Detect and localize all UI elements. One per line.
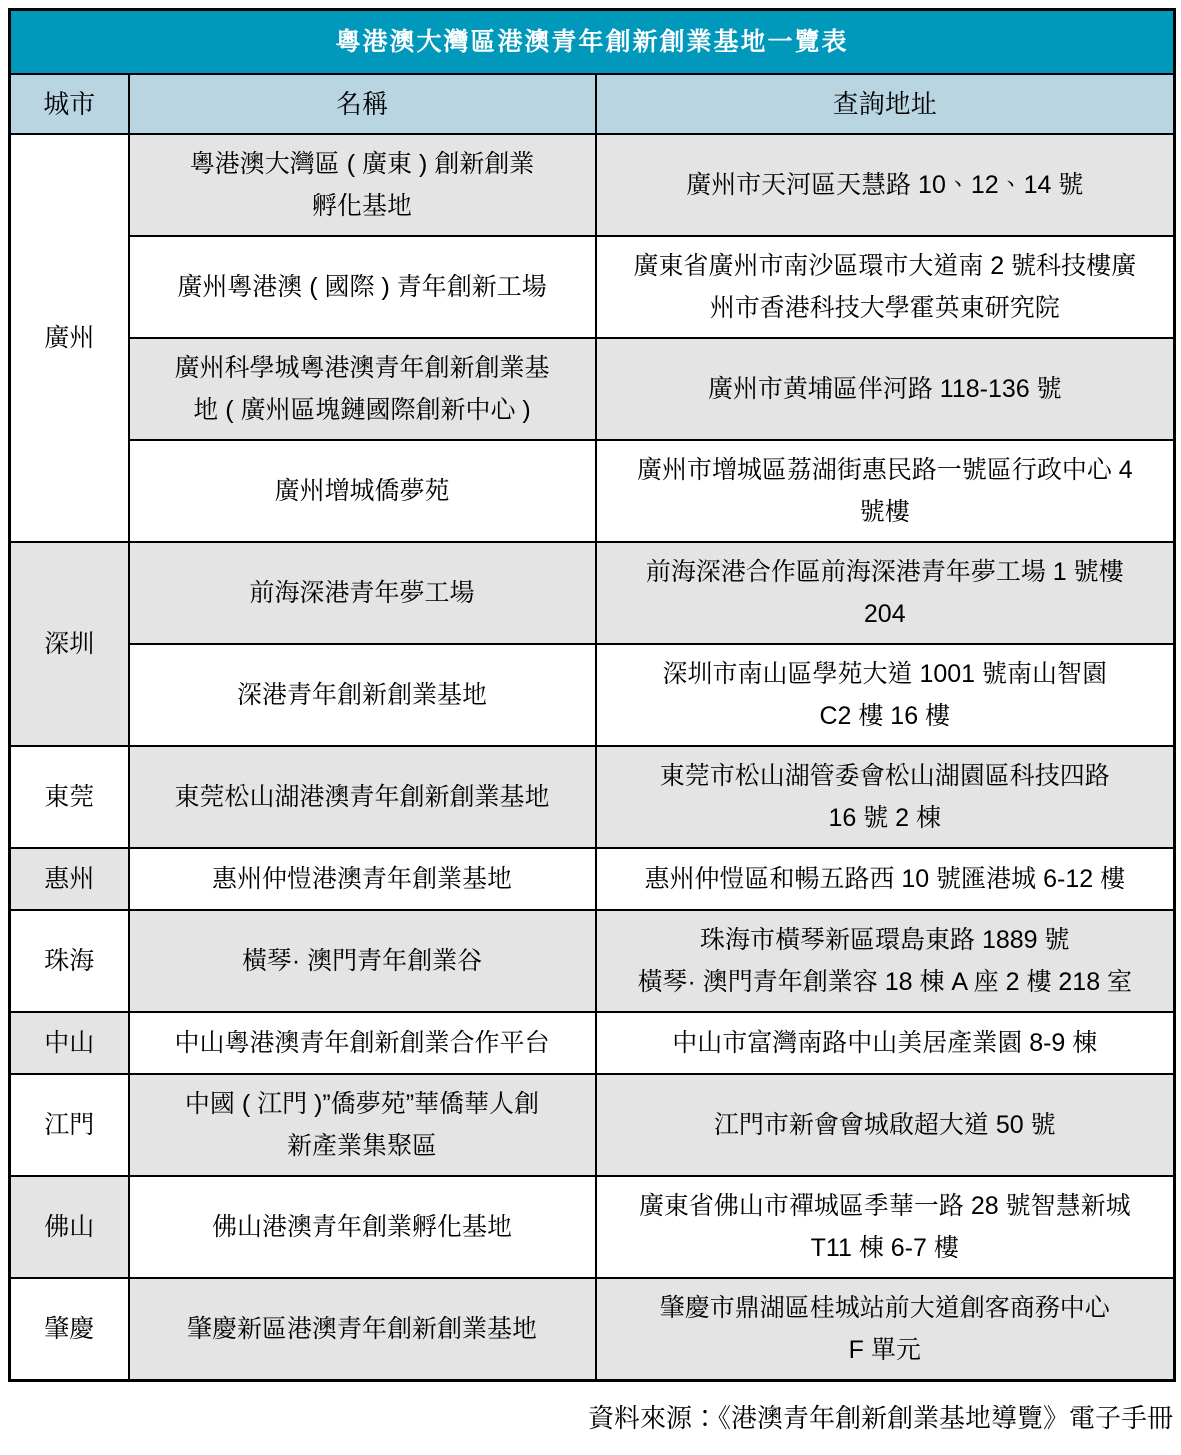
bases-table: 粵港澳大灣區港澳青年創新創業基地一覽表 城市 名稱 查詢地址 廣州 粵港澳大灣區… [8,8,1176,1382]
table-row: 江門 中國 ( 江門 )”僑夢苑”華僑華人創 新產業集聚區 江門市新會會城啟超大… [10,1074,1175,1176]
base-address-cell: 前海深港合作區前海深港青年夢工場 1 號樓 204 [596,542,1175,644]
base-address-cell: 肇慶市鼎湖區桂城站前大道創客商務中心 F 單元 [596,1278,1175,1380]
page-title: 粵港澳大灣區港澳青年創新創業基地一覽表 [10,10,1175,75]
column-header-name: 名稱 [129,74,596,134]
base-name-cell: 惠州仲愷港澳青年創業基地 [129,848,596,910]
table-row: 廣州 粵港澳大灣區 ( 廣東 ) 創新創業 孵化基地 廣州市天河區天慧路 10、… [10,134,1175,236]
base-name-cell: 東莞松山湖港澳青年創新創業基地 [129,746,596,848]
city-cell-shenzhen: 深圳 [10,542,129,746]
table-row: 肇慶 肇慶新區港澳青年創新創業基地 肇慶市鼎湖區桂城站前大道創客商務中心 F 單… [10,1278,1175,1380]
table-row: 佛山 佛山港澳青年創業孵化基地 廣東省佛山市禪城區季華一路 28 號智慧新城 T… [10,1176,1175,1278]
city-cell-foshan: 佛山 [10,1176,129,1278]
base-name-cell: 深港青年創新創業基地 [129,644,596,746]
base-name-cell: 廣州科學城粵港澳青年創新創業基 地 ( 廣州區塊鏈國際創新中心 ) [129,338,596,440]
base-name-cell: 中山粵港澳青年創新創業合作平台 [129,1012,596,1074]
header-row: 城市 名稱 查詢地址 [10,74,1175,134]
city-cell-guangzhou: 廣州 [10,134,129,542]
base-address-cell: 江門市新會會城啟超大道 50 號 [596,1074,1175,1176]
base-name-cell: 肇慶新區港澳青年創新創業基地 [129,1278,596,1380]
city-cell-huizhou: 惠州 [10,848,129,910]
city-cell-zhongshan: 中山 [10,1012,129,1074]
table-row: 深港青年創新創業基地 深圳市南山區學苑大道 1001 號南山智園 C2 樓 16… [10,644,1175,746]
city-cell-zhaoqing: 肇慶 [10,1278,129,1380]
table-row: 深圳 前海深港青年夢工場 前海深港合作區前海深港青年夢工場 1 號樓 204 [10,542,1175,644]
base-name-cell: 橫琴· 澳門青年創業谷 [129,910,596,1012]
city-cell-jiangmen: 江門 [10,1074,129,1176]
base-address-cell: 東莞市松山湖管委會松山湖園區科技四路 16 號 2 棟 [596,746,1175,848]
column-header-city: 城市 [10,74,129,134]
base-address-cell: 深圳市南山區學苑大道 1001 號南山智園 C2 樓 16 樓 [596,644,1175,746]
base-name-cell: 中國 ( 江門 )”僑夢苑”華僑華人創 新產業集聚區 [129,1074,596,1176]
base-name-cell: 佛山港澳青年創業孵化基地 [129,1176,596,1278]
source-note: 資料來源：《港澳青年創新創業基地導覽》電子手冊 [8,1398,1173,1435]
table-row: 中山 中山粵港澳青年創新創業合作平台 中山市富灣南路中山美居產業園 8-9 棟 [10,1012,1175,1074]
base-address-cell: 廣州市增城區荔湖街惠民路一號區行政中心 4 號樓 [596,440,1175,542]
base-address-cell: 惠州仲愷區和暢五路西 10 號匯港城 6-12 樓 [596,848,1175,910]
base-name-cell: 廣州增城僑夢苑 [129,440,596,542]
base-address-cell: 廣東省廣州市南沙區環市大道南 2 號科技樓廣 州市香港科技大學霍英東研究院 [596,236,1175,338]
base-name-cell: 前海深港青年夢工場 [129,542,596,644]
table-row: 惠州 惠州仲愷港澳青年創業基地 惠州仲愷區和暢五路西 10 號匯港城 6-12 … [10,848,1175,910]
base-address-cell: 廣東省佛山市禪城區季華一路 28 號智慧新城 T11 棟 6-7 樓 [596,1176,1175,1278]
base-name-cell: 廣州粵港澳 ( 國際 ) 青年創新工場 [129,236,596,338]
base-name-cell: 粵港澳大灣區 ( 廣東 ) 創新創業 孵化基地 [129,134,596,236]
table-row: 東莞 東莞松山湖港澳青年創新創業基地 東莞市松山湖管委會松山湖園區科技四路 16… [10,746,1175,848]
column-header-address: 查詢地址 [596,74,1175,134]
table-row: 珠海 橫琴· 澳門青年創業谷 珠海市橫琴新區環島東路 1889 號 橫琴· 澳門… [10,910,1175,1012]
page: 粵港澳大灣區港澳青年創新創業基地一覽表 城市 名稱 查詢地址 廣州 粵港澳大灣區… [8,8,1173,1435]
base-address-cell: 廣州市天河區天慧路 10、12、14 號 [596,134,1175,236]
base-address-cell: 廣州市黄埔區伴河路 118-136 號 [596,338,1175,440]
base-address-cell: 珠海市橫琴新區環島東路 1889 號 橫琴· 澳門青年創業容 18 棟 A 座 … [596,910,1175,1012]
title-row: 粵港澳大灣區港澳青年創新創業基地一覽表 [10,10,1175,75]
table-row: 廣州科學城粵港澳青年創新創業基 地 ( 廣州區塊鏈國際創新中心 ) 廣州市黄埔區… [10,338,1175,440]
base-address-cell: 中山市富灣南路中山美居產業園 8-9 棟 [596,1012,1175,1074]
city-cell-dongguan: 東莞 [10,746,129,848]
city-cell-zhuhai: 珠海 [10,910,129,1012]
table-row: 廣州增城僑夢苑 廣州市增城區荔湖街惠民路一號區行政中心 4 號樓 [10,440,1175,542]
table-row: 廣州粵港澳 ( 國際 ) 青年創新工場 廣東省廣州市南沙區環市大道南 2 號科技… [10,236,1175,338]
